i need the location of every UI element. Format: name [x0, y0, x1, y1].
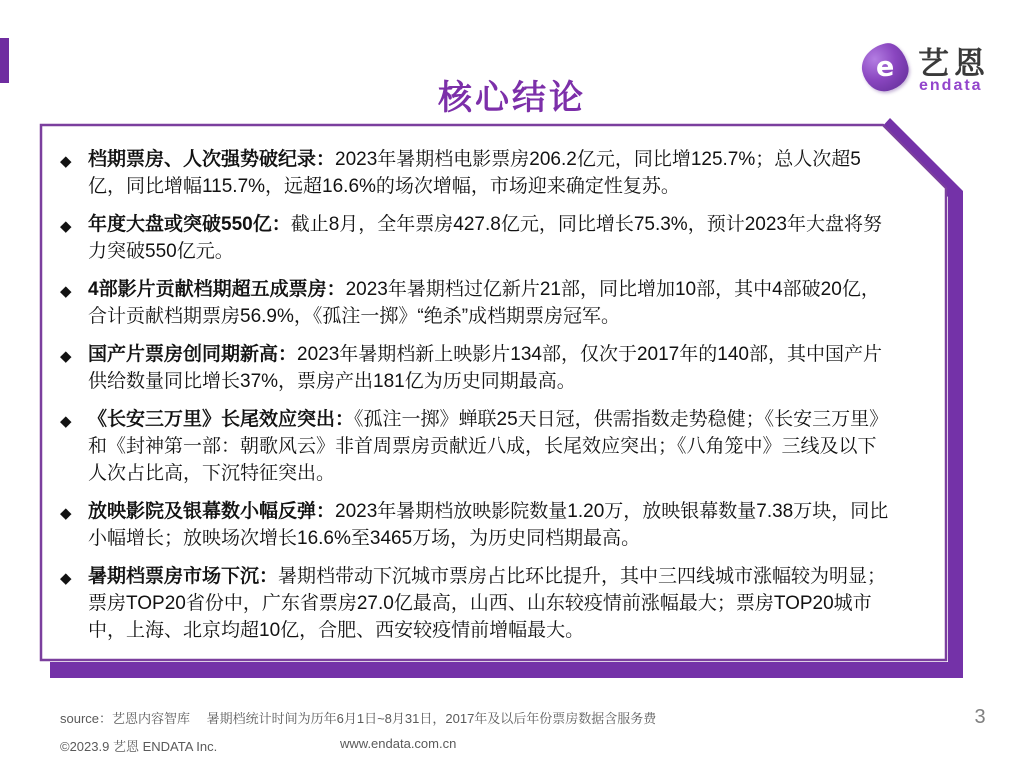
bullet-item: ◆ 暑期档票房市场下沉：暑期档带动下沉城市票房占比环比提升，其中三四线城市涨幅较…: [88, 563, 890, 644]
bullet-item: ◆ 4部影片贡献档期超五成票房：2023年暑期档过亿新片21部，同比增加10部，…: [88, 276, 890, 330]
bullet-lead: 年度大盘或突破550亿：: [88, 214, 291, 235]
logo-pick-icon: e: [858, 40, 913, 96]
bullet-lead: 放映影院及银幕数小幅反弹：: [88, 501, 335, 522]
endata-logo: e 艺恩 endata: [860, 36, 1015, 100]
bullet-item: ◆ 档期票房、人次强势破纪录：2023年暑期档电影票房206.2亿元，同比增12…: [88, 146, 890, 200]
footer-website: www.endata.com.cn: [340, 736, 456, 751]
page-number: 3: [960, 706, 1000, 729]
diamond-bullet-icon: ◆: [60, 278, 72, 305]
bullet-lead: 暑期档票房市场下沉：: [88, 566, 278, 587]
bullet-lead: 《长安三万里》长尾效应突出：: [88, 409, 354, 430]
bullet-lead: 4部影片贡献档期超五成票房：: [88, 279, 346, 300]
bullet-item: ◆ 《长安三万里》长尾效应突出：《孤注一掷》蝉联25天日冠，供需指数走势稳健；《…: [88, 406, 890, 487]
logo-name-en: endata: [919, 77, 983, 95]
diamond-bullet-icon: ◆: [60, 565, 72, 592]
logo-letter: e: [875, 52, 894, 84]
bullet-item: ◆ 年度大盘或突破550亿：截止8月，全年票房427.8亿元，同比增长75.3%…: [88, 211, 890, 265]
diamond-bullet-icon: ◆: [60, 213, 72, 240]
diamond-bullet-icon: ◆: [60, 343, 72, 370]
bullet-item: ◆ 国产片票房创同期新高：2023年暑期档新上映影片134部，仅次于2017年的…: [88, 341, 890, 395]
slide: 核心结论 e 艺恩 endata ◆ 档期票房、人次强势破纪录：2023年暑期档…: [0, 0, 1024, 768]
footer-source-note: source：艺恩内容智库 暑期档统计时间为历年6月1日~8月31日，2017年…: [60, 708, 656, 727]
footer-copyright: ©2023.9 艺恩 ENDATA Inc.: [60, 736, 217, 755]
diamond-bullet-icon: ◆: [60, 148, 72, 175]
bullet-lead: 国产片票房创同期新高：: [88, 344, 297, 365]
bullet-lead: 档期票房、人次强势破纪录：: [88, 149, 335, 170]
bullet-list: ◆ 档期票房、人次强势破纪录：2023年暑期档电影票房206.2亿元，同比增12…: [88, 146, 890, 644]
bullet-item: ◆ 放映影院及银幕数小幅反弹：2023年暑期档放映影院数量1.20万，放映银幕数…: [88, 498, 890, 552]
diamond-bullet-icon: ◆: [60, 500, 72, 527]
diamond-bullet-icon: ◆: [60, 408, 72, 435]
